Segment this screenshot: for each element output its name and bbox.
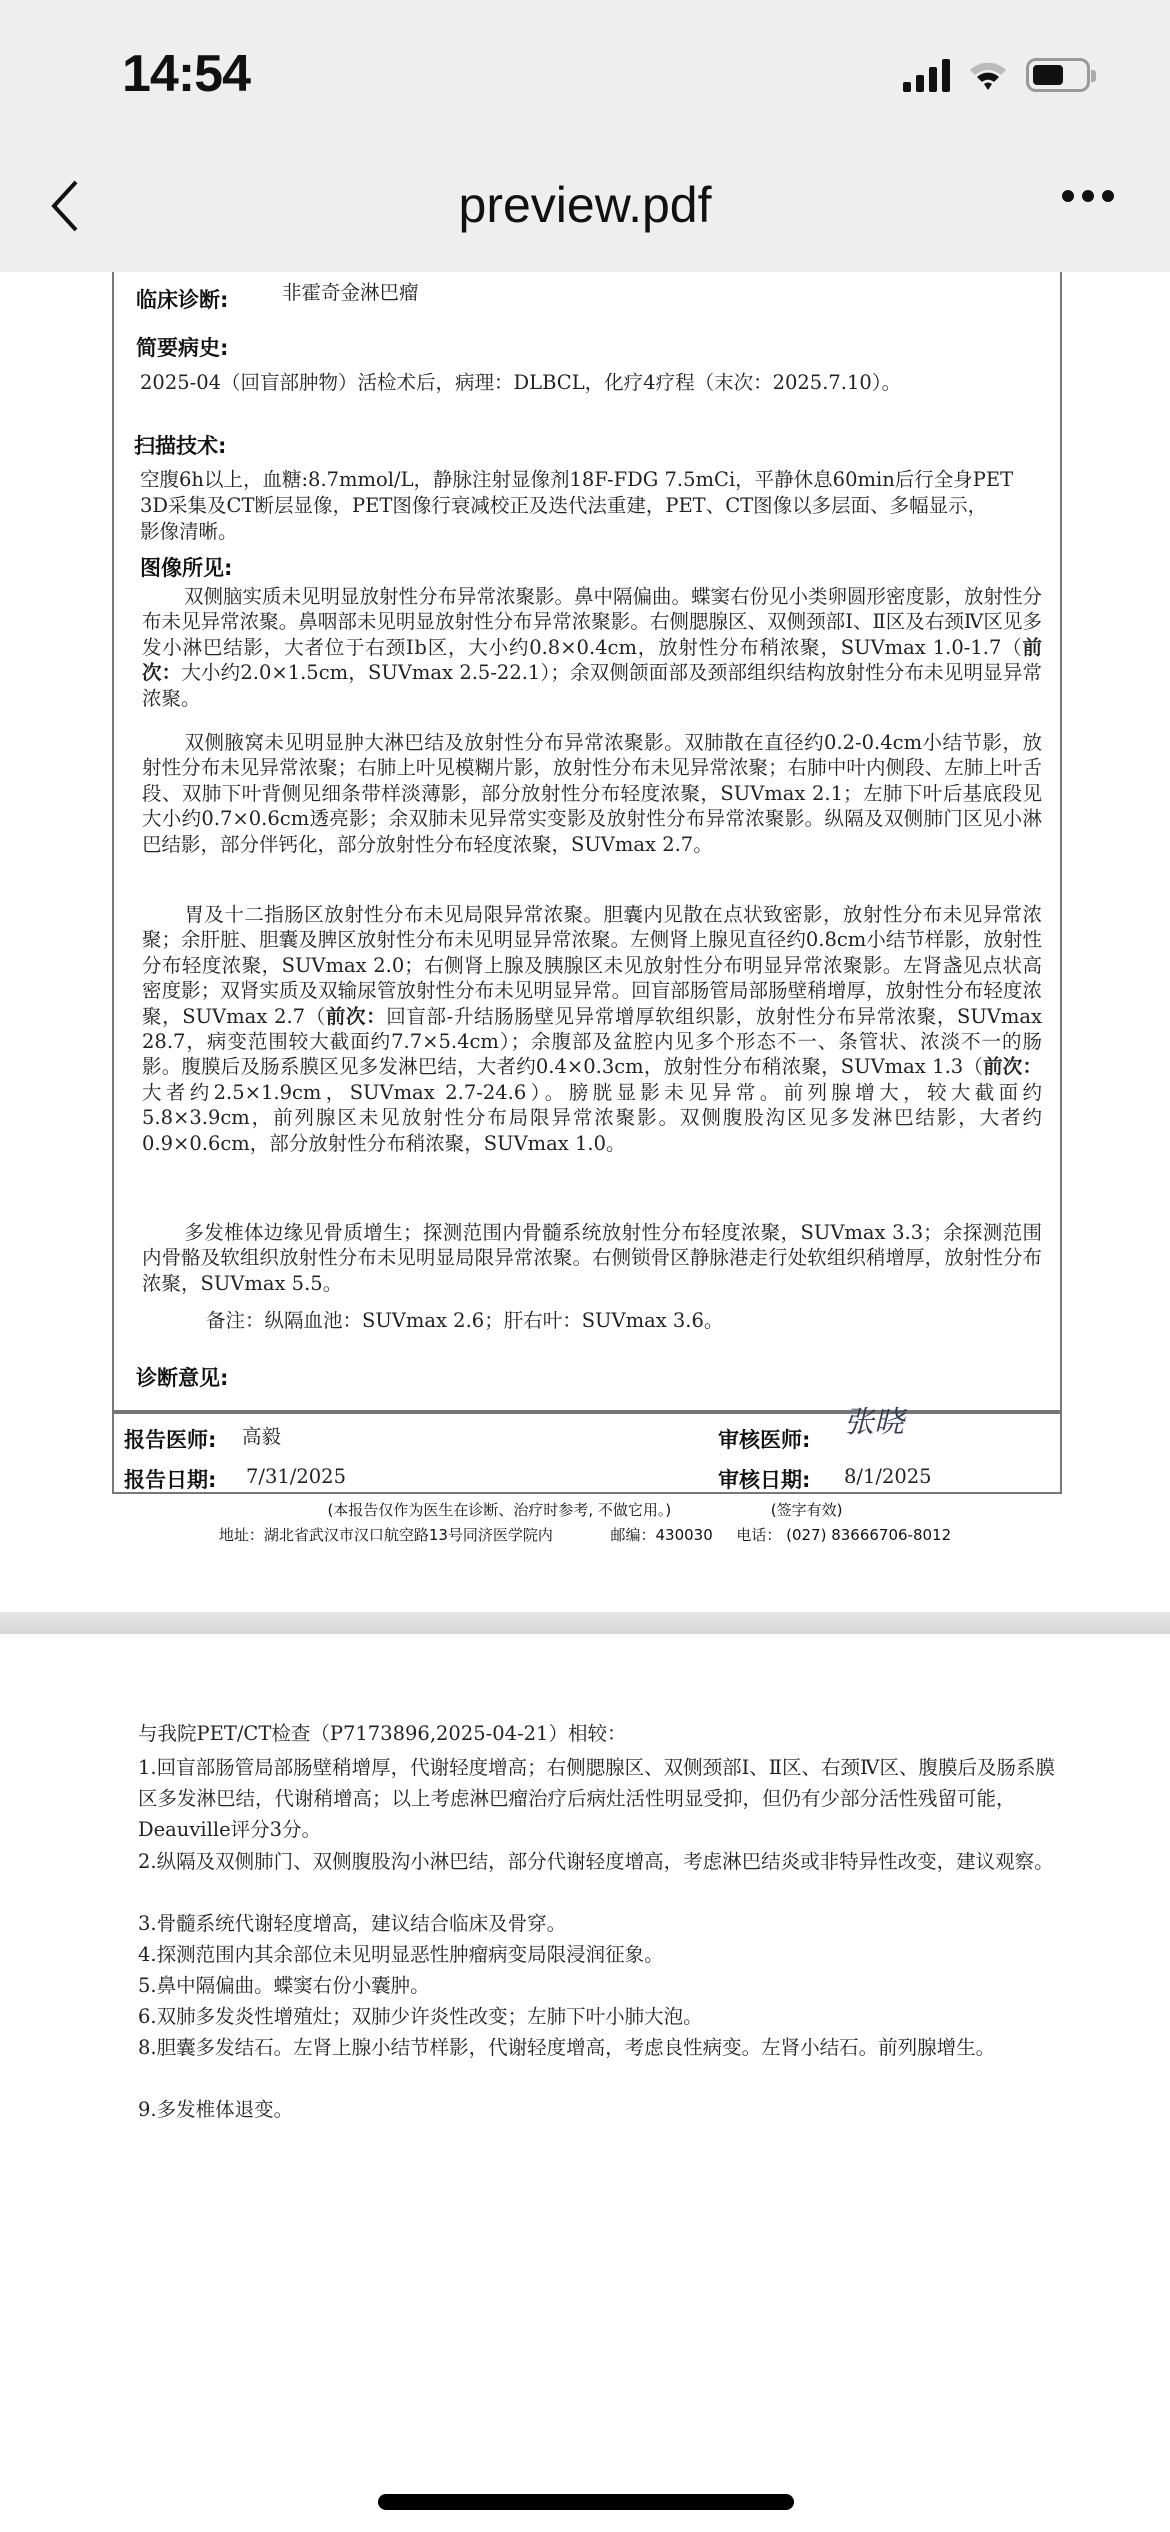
conclusion-item-9: 9.多发椎体退变。 — [138, 2094, 1058, 2125]
status-icons — [903, 58, 1090, 92]
findings-paragraph-abdomen: 胃及十二指肠区放射性分布未见局限异常浓聚。胆囊内见散在点状致密影，放射性分布未见… — [142, 902, 1042, 1156]
conclusion-item-3: 3.骨髓系统代谢轻度增高，建议结合临床及骨穿。 — [138, 1908, 1058, 1939]
conclusion-item-1: 1.回盲部肠管局部肠壁稍增厚，代谢轻度增高；右侧腮腺区、双侧颈部Ⅰ、Ⅱ区、右颈Ⅳ… — [138, 1752, 1058, 1845]
wifi-icon — [968, 58, 1008, 92]
reporter-name: 高毅 — [242, 1424, 281, 1449]
review-date: 8/1/2025 — [844, 1464, 932, 1489]
clinical-diagnosis-value: 非霍奇金淋巴瘤 — [282, 280, 419, 305]
conclusion-item-6: 6.双肺多发炎性增殖灶；双肺少许炎性改变；左肺下叶小肺大泡。 — [138, 2001, 1058, 2032]
history-value: 2025-04（回盲部肿物）活检术后，病理：DLBCL，化疗4疗程（末次：202… — [140, 370, 901, 395]
findings-note: 备注：纵隔血池：SUVmax 2.6；肝右叶：SUVmax 3.6。 — [206, 1308, 723, 1333]
comparison-intro: 与我院PET/CT检查（P7173896,2025-04-21）相较： — [138, 1718, 1058, 1749]
technique-line-3: 影像清晰。 — [140, 519, 238, 544]
page-separator — [0, 1612, 1170, 1634]
disclaimer: (本报告仅作为医生在诊断、治疗时参考, 不做它用。) — [327, 1501, 671, 1519]
technique-line-1: 空腹6h以上，血糖:8.7mmol/L，静脉注射显像剂18F-FDG 7.5mC… — [140, 467, 1013, 492]
disclaimer-line: (本报告仅作为医生在诊断、治疗时参考, 不做它用。) (签字有效) — [0, 1499, 1170, 1520]
pdf-page-1[interactable]: 临床诊断: 非霍奇金淋巴瘤 简要病史: 2025-04（回盲部肿物）活检术后，病… — [0, 272, 1170, 1612]
postcode: 邮编：430030 — [611, 1526, 713, 1544]
contact-line: 地址：湖北省武汉市汉口航空路13号同济医学院内 邮编：430030 电话： (0… — [0, 1524, 1170, 1545]
cellular-signal-icon — [903, 58, 950, 92]
conclusion-item-4: 4.探测范围内其余部位未见明显恶性肿瘤病变局限浸润征象。 — [138, 1939, 1058, 1970]
conclusion-item-5: 5.鼻中隔偏曲。蝶窦右份小囊肿。 — [138, 1970, 1058, 2001]
top-bar: 14:54 preview.pdf — [0, 0, 1170, 272]
reviewer-signature: 张晓 — [844, 1410, 904, 1435]
conclusion-item-2: 2.纵隔及双侧肺门、双侧腹股沟小淋巴结，部分代谢轻度增高，考虑淋巴结炎或非特异性… — [138, 1846, 1058, 1877]
technique-line-2: 3D采集及CT断层显像，PET图像行衰减校正及迭代法重建，PET、CT图像以多层… — [140, 493, 987, 518]
history-label: 简要病史: — [136, 332, 228, 362]
findings-label: 图像所见: — [140, 552, 232, 582]
review-date-label: 审核日期: — [718, 1464, 810, 1494]
more-options-icon[interactable] — [1062, 190, 1114, 202]
report-date: 7/31/2025 — [246, 1464, 346, 1489]
technique-label: 扫描技术: — [134, 430, 226, 460]
document-title: preview.pdf — [0, 176, 1170, 234]
phone: 电话： (027) 83666706-8012 — [736, 1526, 951, 1544]
home-indicator[interactable] — [378, 2494, 794, 2510]
findings-paragraph-head-neck: 双侧脑实质未见明显放射性分布异常浓聚影。鼻中隔偏曲。蝶窦右份见小类卵圆形密度影，… — [142, 584, 1042, 711]
reporter-label: 报告医师: — [124, 1424, 216, 1454]
report-date-label: 报告日期: — [124, 1464, 216, 1494]
reviewer-label: 审核医师: — [718, 1424, 810, 1454]
address: 地址：湖北省武汉市汉口航空路13号同济医学院内 — [219, 1526, 553, 1544]
battery-icon — [1026, 58, 1090, 92]
pdf-page-2[interactable]: 与我院PET/CT检查（P7173896,2025-04-21）相较： 1.回盲… — [0, 1634, 1170, 2532]
clinical-diagnosis-label: 临床诊断: — [136, 284, 228, 314]
diagnosis-label: 诊断意见: — [136, 1362, 228, 1392]
status-time: 14:54 — [122, 44, 250, 104]
conclusion-item-8: 8.胆囊多发结石。左肾上腺小结节样影，代谢轻度增高，考虑良性病变。左肾小结石。前… — [138, 2032, 1058, 2063]
signature-valid-note: (签字有效) — [771, 1501, 843, 1519]
findings-paragraph-chest: 双侧腋窝未见明显肿大淋巴结及放射性分布异常浓聚影。双肺散在直径约0.2-0.4c… — [142, 730, 1042, 857]
findings-paragraph-bone: 多发椎体边缘见骨质增生；探测范围内骨髓系统放射性分布轻度浓聚，SUVmax 3.… — [142, 1220, 1042, 1296]
